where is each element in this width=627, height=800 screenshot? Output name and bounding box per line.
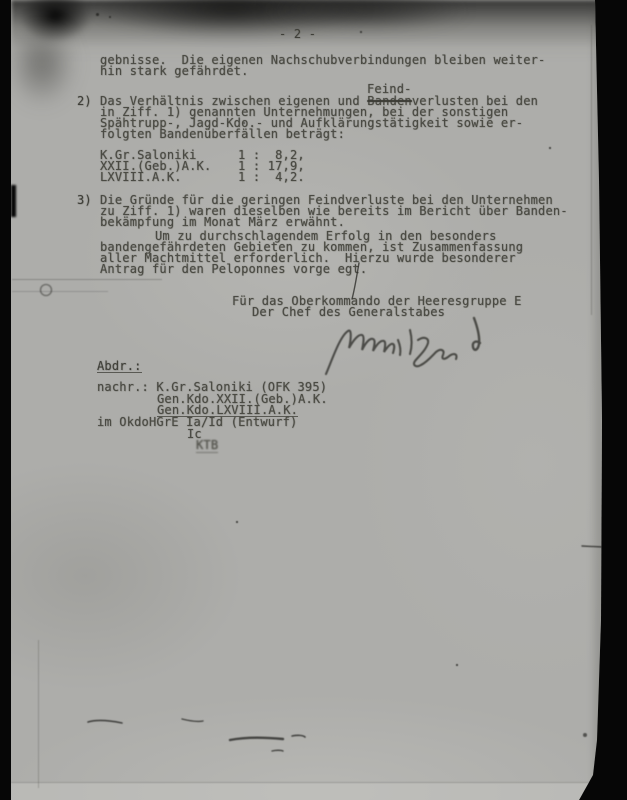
document-page: - 2 - gebnisse. Die eigenen Nachschubver…: [11, 0, 627, 800]
stray-ink-marks: [11, 0, 627, 800]
scanned-document-photo: { "page_label": "- 2 -", "para_intro": {…: [0, 0, 627, 800]
